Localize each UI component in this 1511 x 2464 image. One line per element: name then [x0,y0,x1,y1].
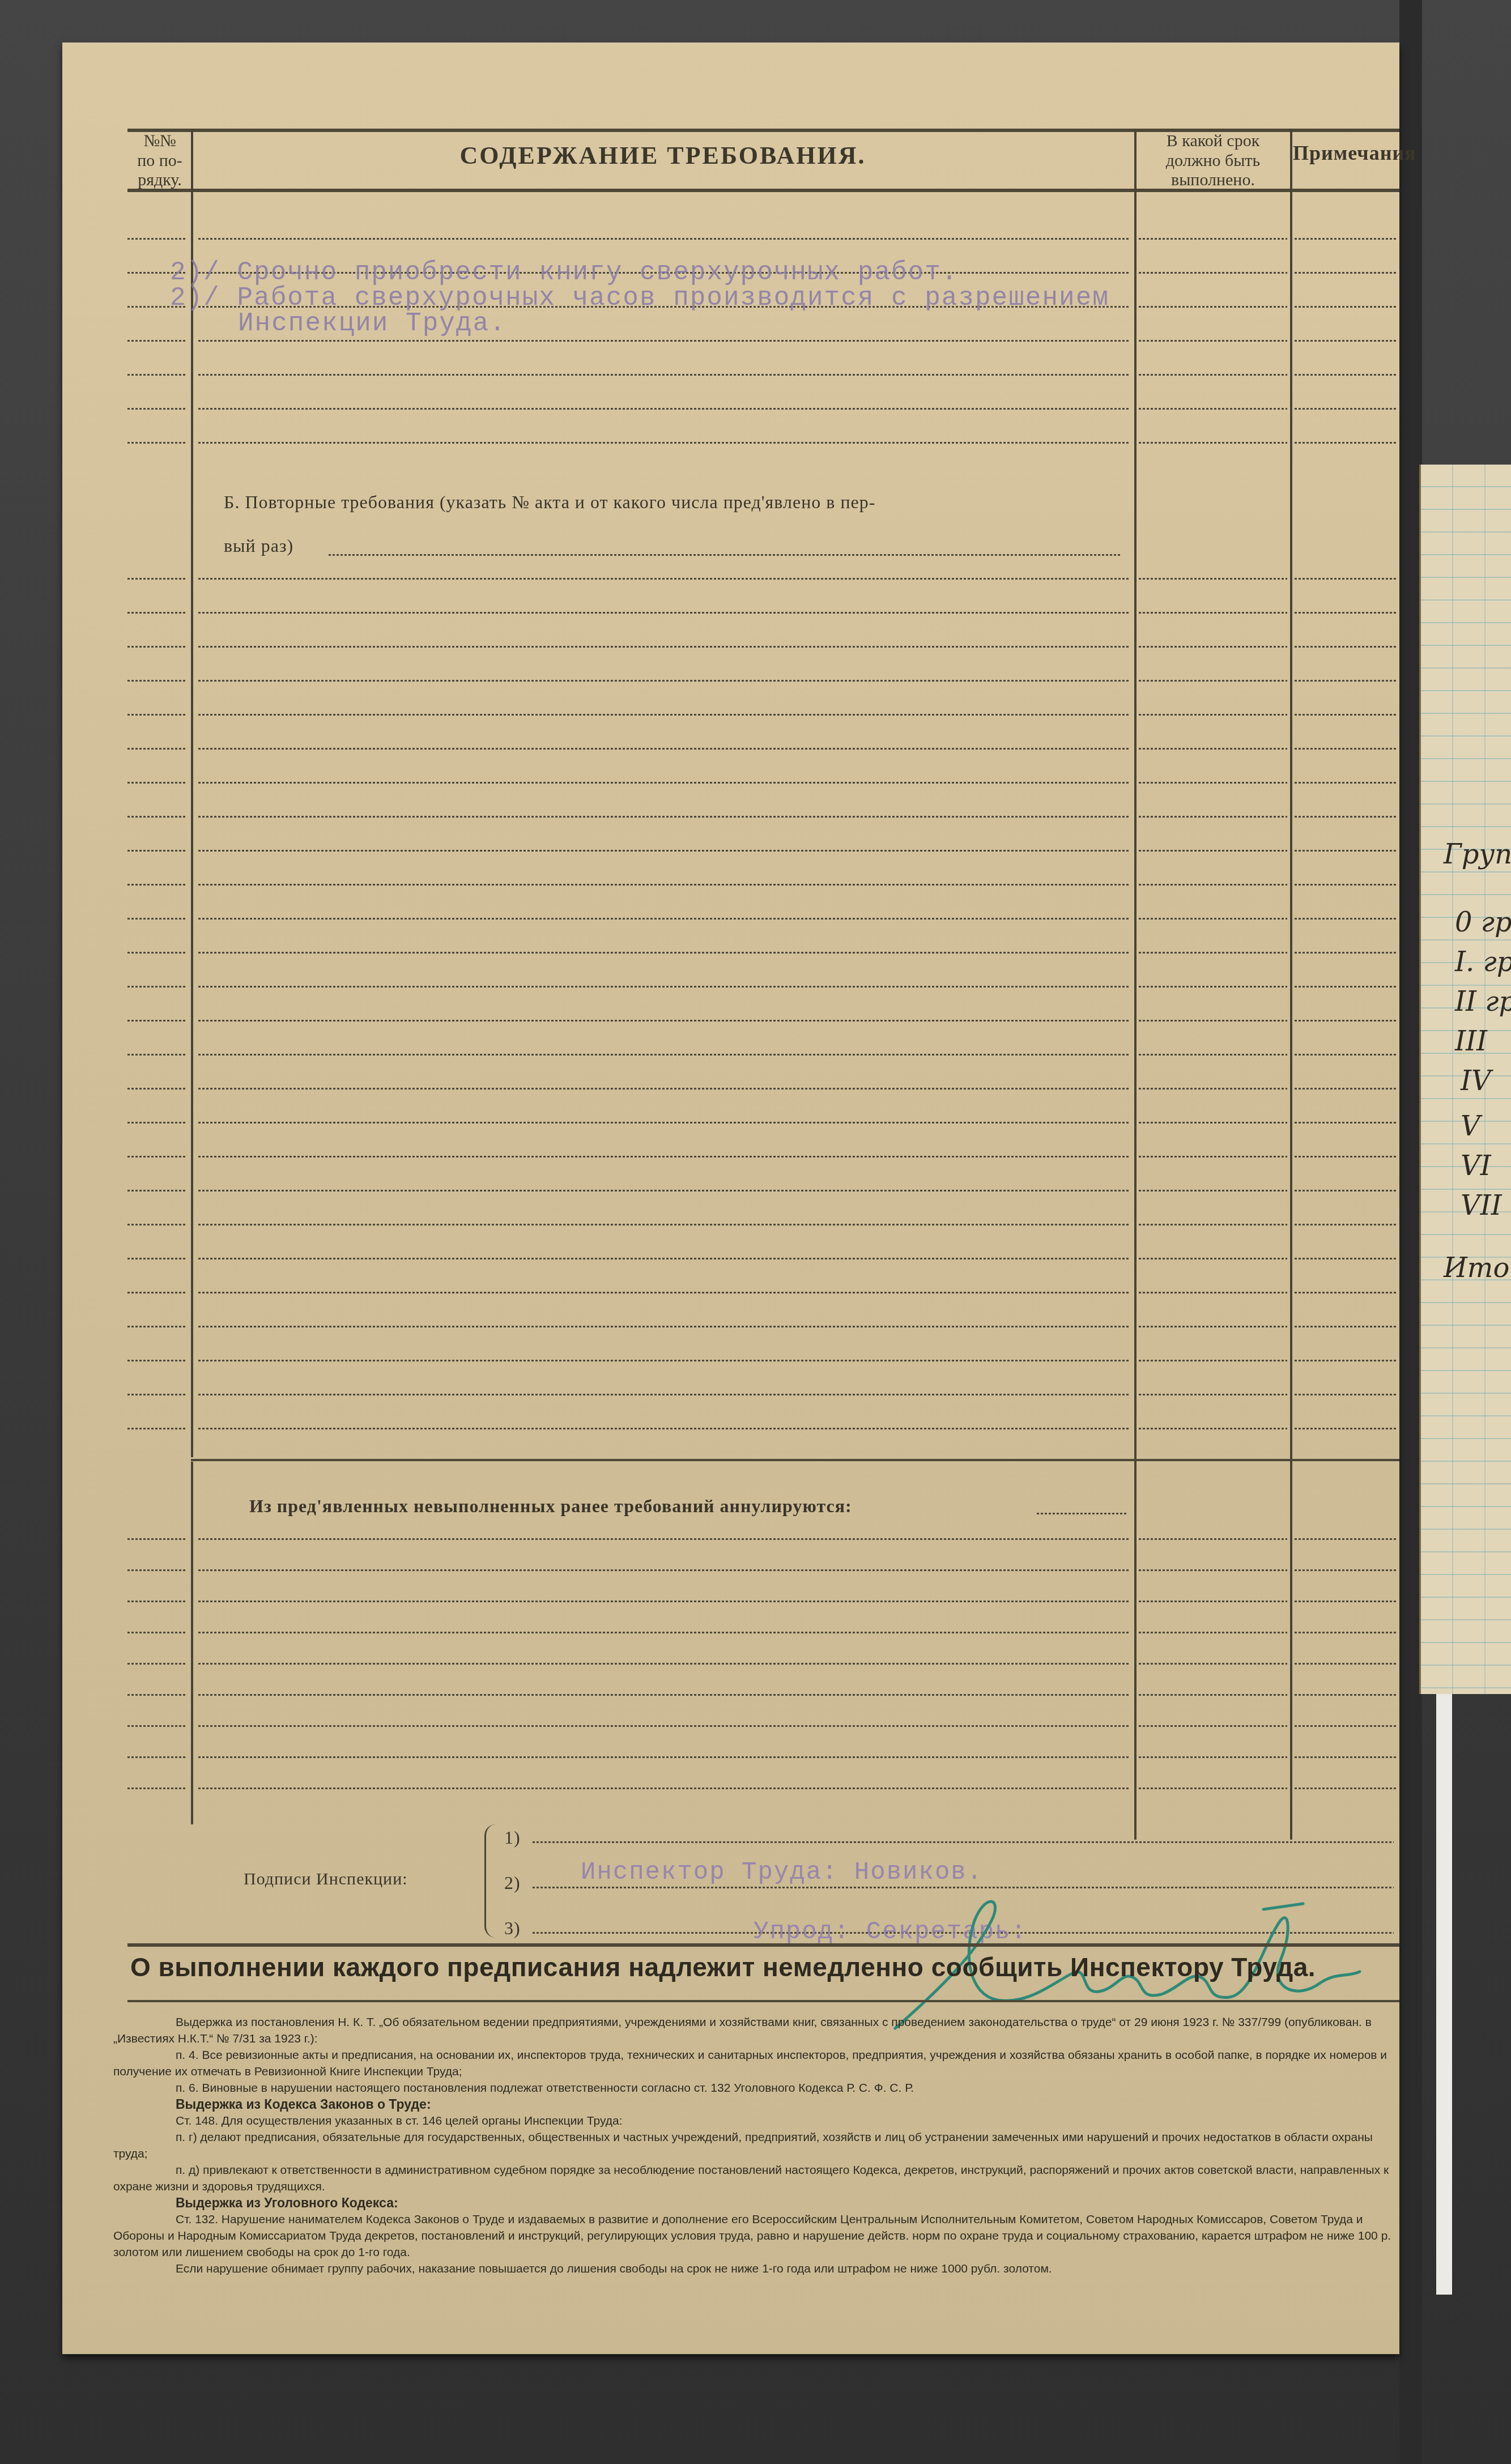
table-row-rule [198,1725,1130,1727]
table-row-rule [127,1122,187,1124]
table-row-rule [1295,306,1397,308]
column-divider [191,129,193,1457]
table-row-rule [1295,680,1397,682]
header-deadline-line: выполнено. [1137,171,1289,190]
table-row-rule [127,374,187,376]
table-row-rule [1139,340,1287,342]
table-row-rule [1139,748,1287,750]
table-row-rule [1139,1632,1287,1633]
table-row-rule [198,1360,1130,1361]
table-row-rule [127,1538,187,1540]
table-row-rule [198,1756,1130,1758]
header-deadline-line: В какой срок [1137,131,1289,151]
table-row-rule [1139,1122,1287,1124]
table-row-rule [1295,1725,1397,1727]
table-row-rule [198,1054,1130,1056]
table-row-rule [198,1788,1130,1789]
table-row-rule [1139,1663,1287,1665]
typed-requirement: Инспекции Труда. [238,309,506,338]
table-row-rule [198,1394,1130,1395]
brace [484,1824,503,1938]
table-row-rule [1139,1394,1287,1395]
table-row-rule [127,1258,187,1259]
table-row-rule [1295,986,1397,988]
table-row-rule [1295,1224,1397,1225]
column-divider [1134,129,1137,1840]
table-row-rule [1139,1088,1287,1090]
table-row-rule [1139,646,1287,648]
table-row-rule [198,1156,1130,1157]
table-row-rule [198,1601,1130,1602]
legal-paragraph: п. г) делают предписания, обязательные д… [113,2129,1394,2162]
table-row-rule [1295,1326,1397,1327]
table-row-rule [198,1694,1130,1696]
table-row-rule [198,1326,1130,1327]
header-number-line: по по- [129,151,190,171]
legal-excerpts: Выдержка из постановления Н. К. Т. „Об о… [113,2014,1394,2277]
signature-line[interactable] [533,1841,1394,1843]
table-row-rule [1139,1292,1287,1293]
table-row-rule [127,1156,187,1157]
table-row-rule [127,408,187,410]
table-row-rule [1295,1394,1397,1395]
table-row-rule [1295,646,1397,648]
table-row-rule [198,340,1130,342]
table-row-rule [1295,578,1397,580]
table-row-rule [127,1394,187,1395]
table-row-rule [1295,1258,1397,1259]
legal-paragraph: Ст. 132. Нарушение нанимателем Кодекса З… [113,2211,1394,2261]
notice-bottom-rule [127,2000,1399,2002]
table-row-rule [127,680,187,682]
legal-paragraph: п. 4. Все ревизионные акты и предписания… [113,2047,1394,2080]
table-row-rule [198,408,1130,410]
table-row-rule [1295,272,1397,274]
table-row-rule [1139,1360,1287,1361]
signature-line-number: 2) [504,1873,521,1893]
table-row-rule [127,986,187,988]
table-row-rule [1295,340,1397,342]
table-row-rule [1139,1258,1287,1259]
table-row-rule [1139,306,1287,308]
signatures-label: Подписи Инспекции: [244,1870,408,1889]
table-row-rule [1295,1788,1397,1789]
table-row-rule [1295,1360,1397,1361]
table-row-rule [198,1538,1130,1540]
table-row-rule [198,884,1130,886]
notice-top-rule [127,1943,1399,1947]
table-row-rule [1139,1020,1287,1022]
table-row-rule [127,1224,187,1225]
table-row-rule [127,1663,187,1665]
table-row-rule [1139,1224,1287,1225]
table-row-rule [127,1190,187,1191]
table-row-rule [1139,1326,1287,1327]
table-row-rule [1139,1694,1287,1696]
table-row-rule [1295,714,1397,716]
table-row-rule [1295,612,1397,614]
table-row-rule [1139,918,1287,920]
table-row-rule [1295,1190,1397,1191]
column-divider [1290,129,1292,1840]
table-row-rule [1295,238,1397,240]
table-row-rule [1139,238,1287,240]
table-row-rule [127,1428,187,1429]
table-row-rule [127,714,187,716]
table-row-rule [1139,782,1287,784]
table-row-rule [127,816,187,818]
table-row-rule [1295,918,1397,920]
table-row-rule [198,374,1130,376]
table-row-rule [1295,850,1397,852]
legal-paragraph: Если нарушение обнимает группу рабочих, … [113,2261,1394,2277]
table-row-rule [1139,1190,1287,1191]
table-row-rule [1295,1538,1397,1540]
fill-line [1037,1513,1127,1514]
table-row-rule [1295,1694,1397,1696]
table-row-rule [1295,748,1397,750]
table-row-rule [127,1360,187,1361]
table-row-rule [1295,374,1397,376]
table-row-rule [198,714,1130,716]
table-row-rule [1295,1756,1397,1758]
notice: О выполнении каждого предписания надлежи… [130,1952,1377,1982]
table-row-rule [1295,1122,1397,1124]
table-row-rule [1139,1156,1287,1157]
table-row-rule [1295,1088,1397,1090]
table-row-rule [1139,272,1287,274]
table-row-rule [198,1088,1130,1090]
table-row-rule [198,1190,1130,1191]
column-divider [191,1462,193,1824]
signature-line-number: 3) [504,1918,521,1939]
table-row-rule [1295,1663,1397,1665]
table-row-rule [1139,952,1287,954]
table-row-rule [198,1020,1130,1022]
table-row-rule [198,1258,1130,1259]
signature-line-number: 1) [504,1827,521,1848]
header-notes: Примечания [1293,142,1429,165]
section-b-label: Б. Повторные требования (указать № акта … [224,492,875,513]
table-row-rule [127,1292,187,1293]
table-row-rule [1295,1292,1397,1293]
table-row-rule [1295,782,1397,784]
table-row-rule [1295,408,1397,410]
section-divider [191,1459,1399,1461]
table-row-rule [127,782,187,784]
table-row-rule [1139,442,1287,444]
table-row-rule [127,238,187,240]
table-row-rule [1139,1725,1287,1727]
table-row-rule [127,646,187,648]
table-row-rule [127,1788,187,1789]
table-row-rule [127,1326,187,1327]
header-deadline: В какой срок должно быть выполнено. [1137,131,1289,190]
table-row-rule [127,578,187,580]
annulled-label: Из пред'явленных невыполненных ранее тре… [249,1496,852,1517]
table-row-rule [198,578,1130,580]
table-row-rule [1139,1054,1287,1056]
legal-heading: Выдержка из Кодекса Законов о Труде: [113,2096,1394,2113]
table-row-rule [1139,1756,1287,1758]
legal-paragraph: Ст. 148. Для осуществления указанных в с… [113,2113,1394,2129]
inspector-stamp: Инспектор Труда: Новиков. [581,1858,983,1887]
table-row-rule [1139,714,1287,716]
table-row-rule [198,1663,1130,1665]
table-row-rule [198,918,1130,920]
table-row-rule [198,1224,1130,1225]
legal-paragraph: п. 6. Виновные в нарушении настоящего по… [113,2080,1394,2096]
legal-paragraph: Выдержка из постановления Н. К. Т. „Об о… [113,2014,1394,2047]
header-deadline-line: должно быть [1137,151,1289,171]
table-row-rule [1139,408,1287,410]
table-row-rule [198,680,1130,682]
table-row-rule [1295,952,1397,954]
legal-paragraph: п. д) привлекают к ответственности в адм… [113,2162,1394,2195]
table-row-rule [198,986,1130,988]
table-row-rule [127,850,187,852]
table-row-rule [127,442,187,444]
table-row-rule [127,612,187,614]
header-content: СОДЕРЖАНИЕ ТРЕБОВАНИЯ. [193,142,1133,171]
table-row-rule [1139,986,1287,988]
table-row-rule [1295,442,1397,444]
table-row-rule [1139,1428,1287,1429]
table-row-rule [198,1632,1130,1633]
table-row-rule [127,1756,187,1758]
table-row-rule [1295,816,1397,818]
table-row-rule [1295,1020,1397,1022]
table-row-rule [1139,884,1287,886]
legal-heading: Выдержка из Уголовного Кодекса: [113,2195,1394,2211]
table-row-rule [1139,816,1287,818]
table-row-rule [127,1569,187,1571]
table-row-rule [127,748,187,750]
table-row-rule [1139,578,1287,580]
table-row-rule [198,1292,1130,1293]
table-row-rule [1295,1632,1397,1633]
table-row-rule [127,1725,187,1727]
table-row-rule [127,1020,187,1022]
table-row-rule [198,782,1130,784]
table-row-rule [1295,1156,1397,1157]
table-row-rule [127,1694,187,1696]
table-row-rule [198,1569,1130,1571]
table-row-rule [127,1054,187,1056]
table-row-rule [198,1122,1130,1124]
table-row-rule [1139,1788,1287,1789]
table-row-rule [1139,850,1287,852]
table-row-rule [127,952,187,954]
table-row-rule [1139,680,1287,682]
table-row-rule [1139,1569,1287,1571]
table-row-rule [127,1088,187,1090]
table-row-rule [1295,884,1397,886]
table-row-rule [127,918,187,920]
table-row-rule [1139,374,1287,376]
section-b-label-cont: вый раз) [224,535,293,556]
table-row-rule [198,612,1130,614]
table-row-rule [127,1632,187,1633]
table-row-rule [1139,612,1287,614]
fill-line [329,554,1122,556]
table-row-rule [127,884,187,886]
header-number-line: рядку. [129,171,190,190]
header-number: №№ по по- рядку. [129,131,190,190]
table-row-rule [198,816,1130,818]
table-row-rule [198,850,1130,852]
table-row-rule [198,748,1130,750]
table-row-rule [1295,1054,1397,1056]
table-row-rule [1139,1601,1287,1602]
table-row-rule [1295,1601,1397,1602]
table-row-rule [127,1601,187,1602]
table-row-rule [198,646,1130,648]
table-row-rule [127,340,187,342]
table-row-rule [198,442,1130,444]
table-row-rule [198,952,1130,954]
header-number-line: №№ [129,131,190,151]
table-row-rule [1139,1538,1287,1540]
table-row-rule [1295,1428,1397,1429]
table-row-rule [1295,1569,1397,1571]
table-row-rule [198,238,1130,240]
table-row-rule [198,1428,1130,1429]
